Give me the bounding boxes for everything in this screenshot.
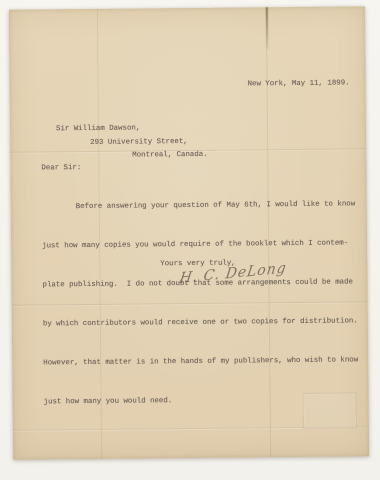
letter-body: Before answering your question of May 6t…: [41, 172, 365, 435]
dateline: New York, May 11, 1899.: [248, 77, 350, 91]
body-line: by which contributors would receive one …: [43, 315, 365, 331]
salutation: Dear Sir:: [41, 162, 81, 175]
body-line: Before answering your question of May 6t…: [42, 198, 364, 214]
recipient-street: 293 University Street,: [90, 136, 188, 150]
body-line: just how many you would need.: [44, 393, 366, 409]
recipient-name: Sir William Dawson,: [56, 122, 140, 136]
body-line: just how many copies you would require o…: [42, 237, 364, 253]
letter-paper: New York, May 11, 1899. Sir William Daws…: [9, 6, 369, 459]
body-line: However, that matter is in the hands of …: [43, 354, 365, 370]
recipient-city: Montreal, Canada.: [132, 149, 208, 163]
scanned-document-background: New York, May 11, 1899. Sir William Daws…: [0, 0, 380, 480]
